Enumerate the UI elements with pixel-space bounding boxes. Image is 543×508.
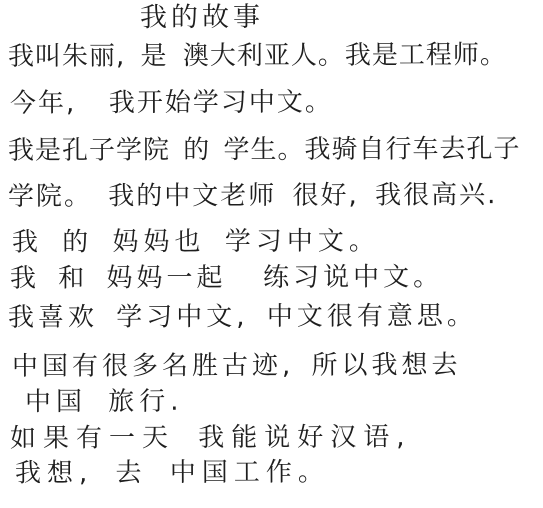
handwriting-line: 我想, 去 中国工作。 (15, 458, 330, 489)
handwriting-line: 中国有很多名胜古迹, 所以我想去 (12, 351, 462, 382)
handwriting-line: 中国 旅行. (25, 388, 184, 418)
handwriting-line: 学院。 我的中文老师 很好, 我很高兴. (8, 181, 497, 213)
handwriting-line: 我 的 妈妈也 学习中文。 (12, 227, 380, 258)
handwriting-line: 我叫朱丽, 是 澳大利亚人。我是工程师。 (8, 41, 507, 73)
handwritten-note-page: 我的故事 我叫朱丽, 是 澳大利亚人。我是工程师。 今年, 我开始学习中文。 我… (0, 0, 543, 508)
handwriting-line: 如果有一天 我能说好汉语, (10, 423, 412, 454)
handwriting-line: 我 和 妈妈一起 练习说中文。 (10, 263, 443, 294)
handwriting-line: 我是孔子学院 的 学生。我骑自行车去孔子 (8, 135, 521, 167)
handwriting-line: 我喜欢 学习中文, 中文很有意思。 (8, 302, 477, 334)
handwriting-line: 今年, 我开始学习中文。 (10, 88, 333, 119)
page-title: 我的故事 (140, 2, 264, 33)
